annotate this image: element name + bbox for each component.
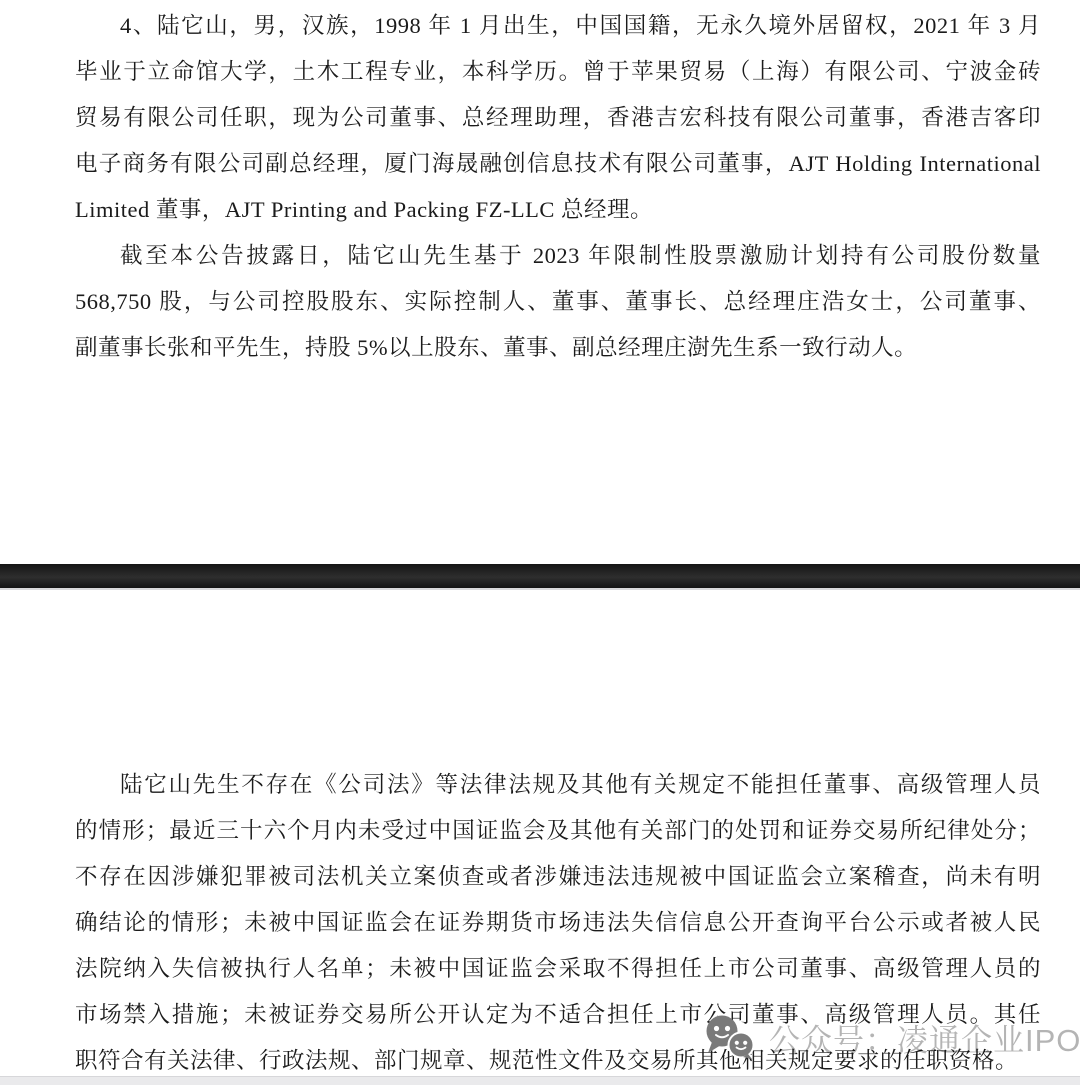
document-page: 4、陆它山，男，汉族，1998 年 1 月出生，中国国籍，无永久境外居留权，20… <box>0 0 1080 1085</box>
wechat-icon <box>703 1015 757 1059</box>
watermark: 公众号：凌通企业IPO <box>703 1014 1080 1060</box>
watermark-text: 公众号：凌通企业IPO <box>769 1015 1080 1060</box>
text-line: 的情形；最近三十六个月内未受过中国证监会及其他有关部门的处罚和证券交易所纪律处分… <box>75 808 1041 854</box>
footer-strip <box>0 1076 1080 1085</box>
text-line: 毕业于立命馆大学，土木工程专业，本科学历。曾于苹果贸易（上海）有限公司、宁波金砖 <box>75 49 1041 95</box>
text-line: 568,750 股，与公司控股股东、实际控制人、董事、董事长、总经理庄浩女士，公… <box>75 279 1041 325</box>
text-line: 截至本公告披露日，陆它山先生基于 2023 年限制性股票激励计划持有公司股份数量 <box>75 233 1041 279</box>
text-line: 不存在因涉嫌犯罪被司法机关立案侦查或者涉嫌违法违规被中国证监会立案稽查，尚未有明 <box>75 854 1041 900</box>
text-line: Limited 董事，AJT Printing and Packing FZ-L… <box>75 187 1041 233</box>
text-line: 电子商务有限公司副总经理，厦门海晟融创信息技术有限公司董事，AJT Holdin… <box>75 141 1041 187</box>
text-line: 4、陆它山，男，汉族，1998 年 1 月出生，中国国籍，无永久境外居留权，20… <box>75 3 1041 49</box>
section-divider-bar <box>0 564 1080 588</box>
text-line: 法院纳入失信被执行人名单；未被中国证监会采取不得担任上市公司董事、高级管理人员的 <box>75 946 1041 992</box>
text-line: 副董事长张和平先生，持股 5%以上股东、董事、副总经理庄澍先生系一致行动人。 <box>75 325 1041 371</box>
text-line: 陆它山先生不存在《公司法》等法律法规及其他有关规定不能担任董事、高级管理人员 <box>75 762 1041 808</box>
text-line: 确结论的情形；未被中国证监会在证券期货市场违法失信信息公开查询平台公示或者被人民 <box>75 900 1041 946</box>
text-line: 贸易有限公司任职，现为公司董事、总经理助理，香港吉宏科技有限公司董事，香港吉客印 <box>75 95 1041 141</box>
top-text-block: 4、陆它山，男，汉族，1998 年 1 月出生，中国国籍，无永久境外居留权，20… <box>75 3 1041 371</box>
